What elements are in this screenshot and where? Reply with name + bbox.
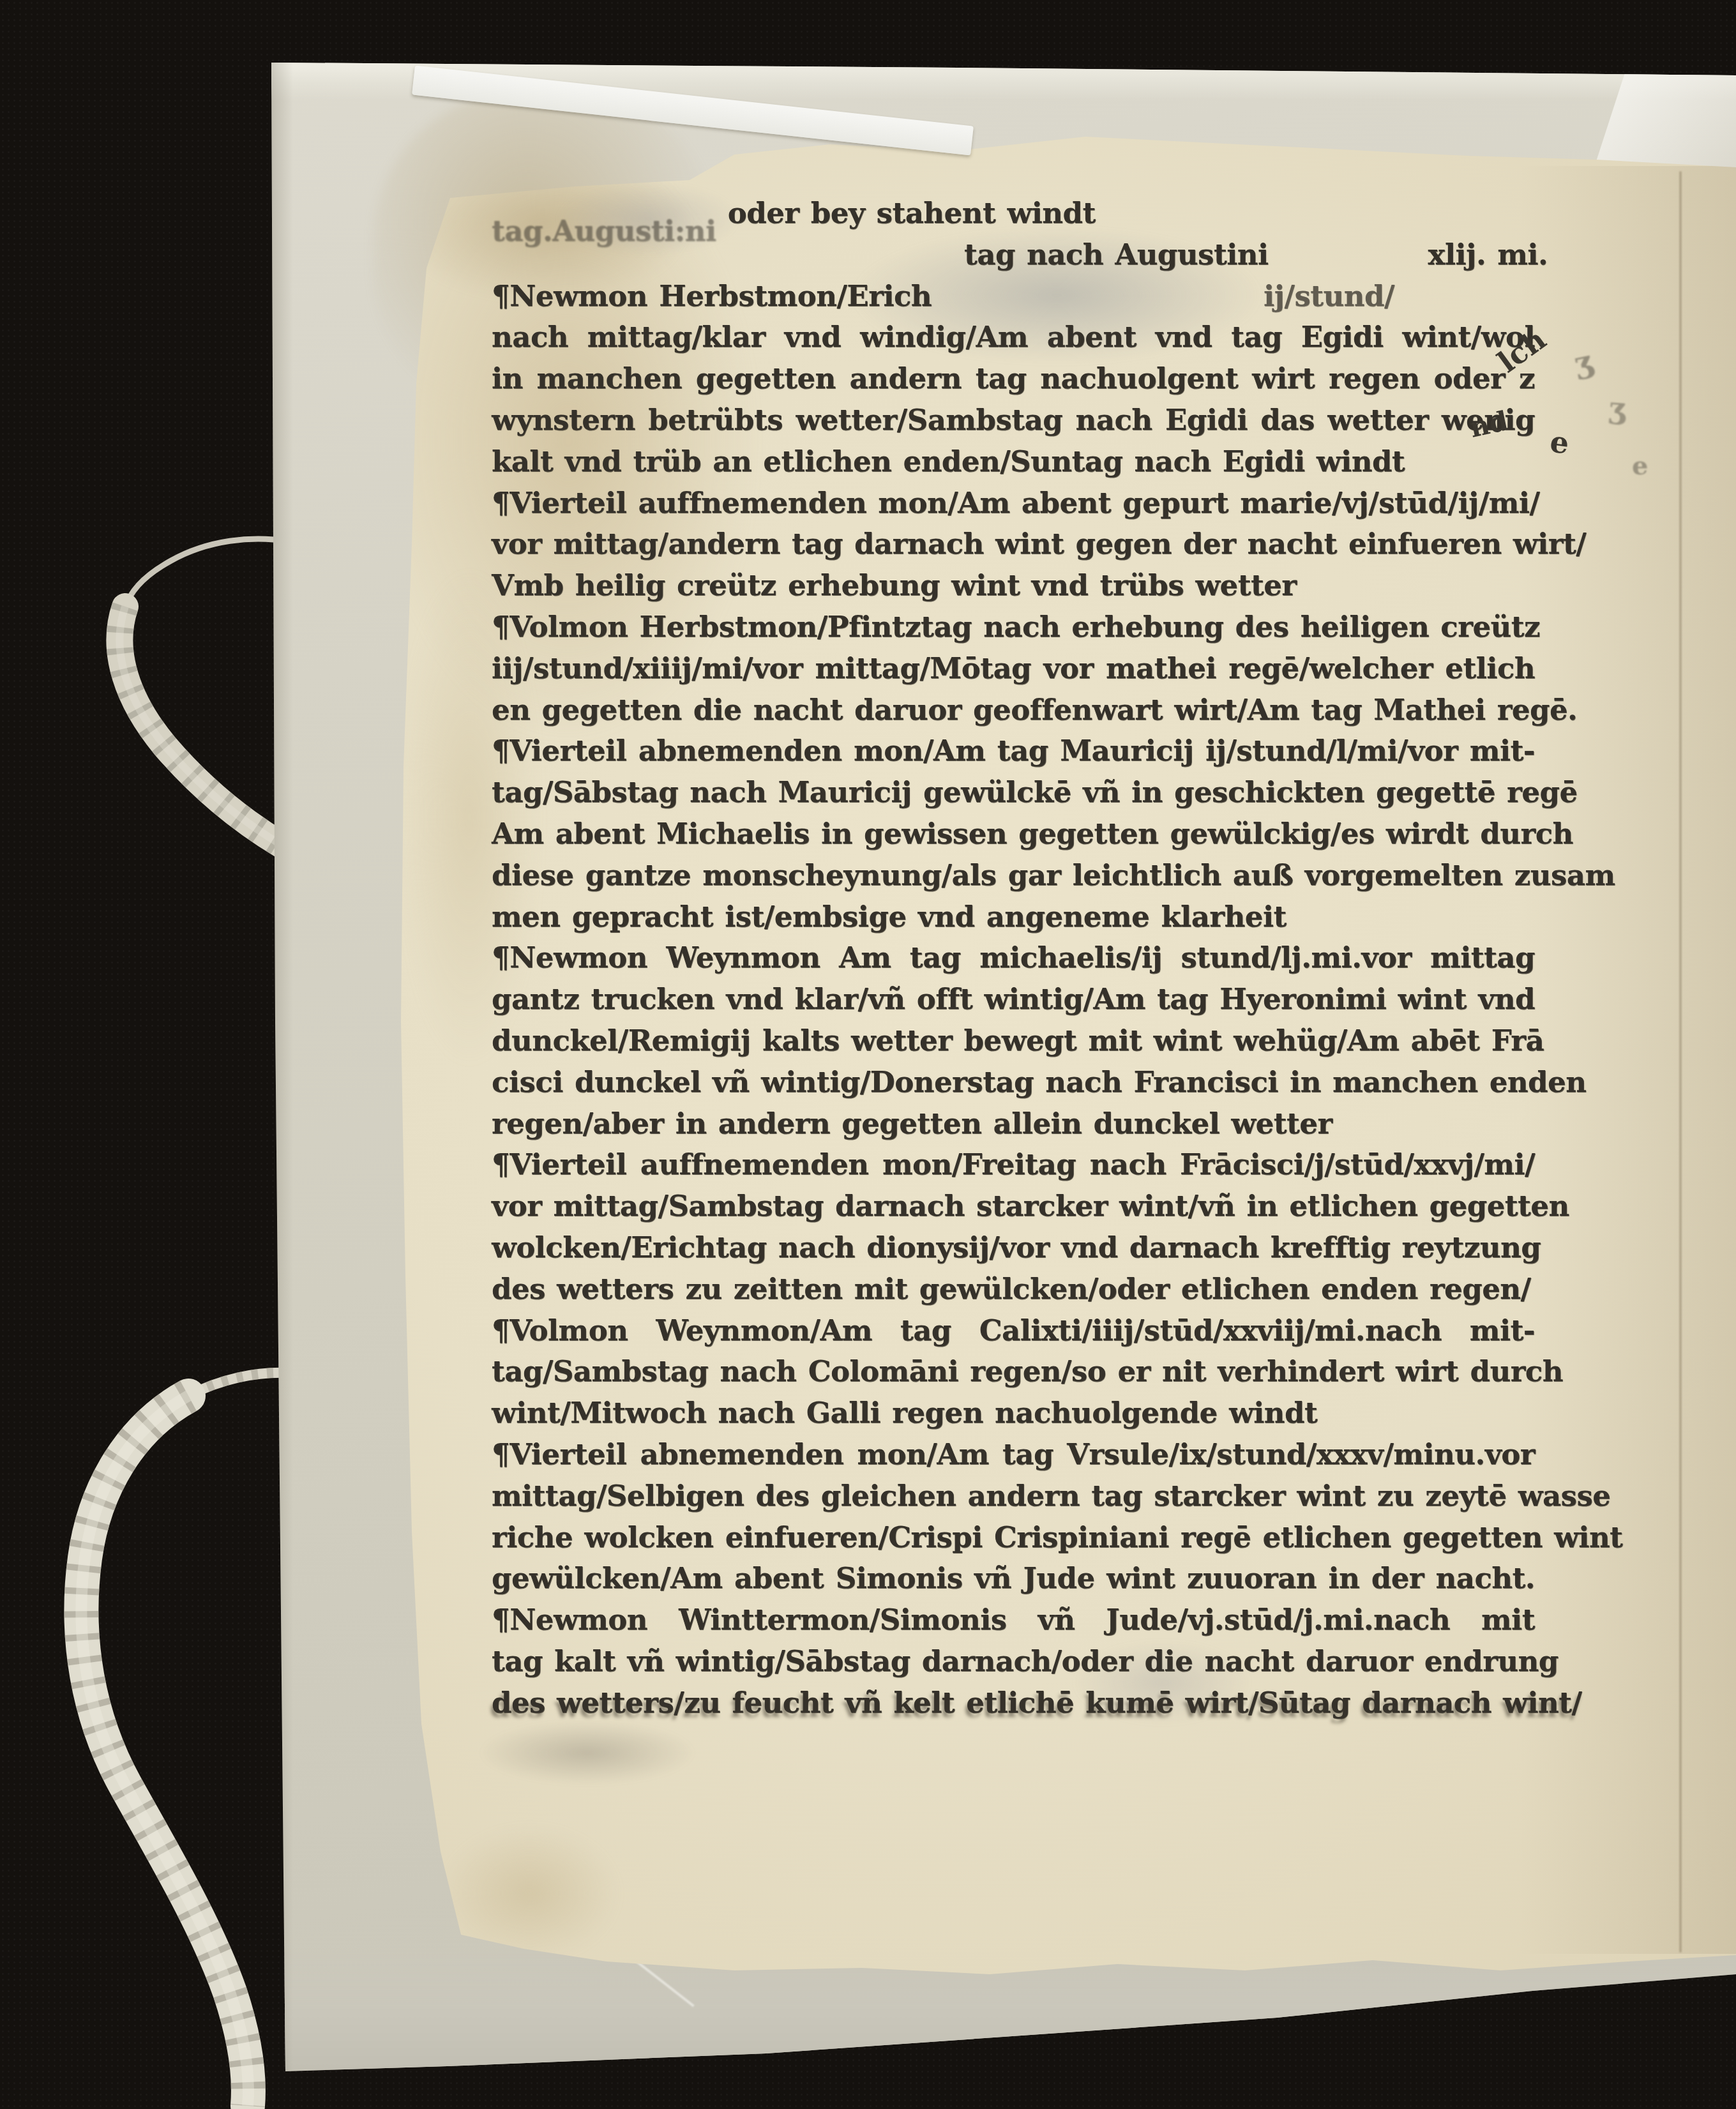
text-block: tag.Augusti:ni oder bey stahent windttag… bbox=[492, 193, 1535, 1723]
text-segment: wolcken/Erichtag nach dionysij/vor vnd d… bbox=[492, 1230, 1541, 1264]
text-line: wynstern betrübts wetter/Sambstag nach E… bbox=[492, 400, 1535, 441]
text-segment: riche wolcken einfueren/Crispi Crispinia… bbox=[492, 1520, 1622, 1554]
text-segment: ¶Vierteil abnemenden mon/Am tag Mauricij… bbox=[492, 734, 1535, 767]
text-segment: dunckel/Remigij kalts wetter bewegt mit … bbox=[492, 1024, 1544, 1057]
text-line: tag/Sambstag nach Colomāni regen/so er n… bbox=[492, 1351, 1535, 1393]
text-line: des wetters zu zeitten mit gewülcken/ode… bbox=[492, 1269, 1535, 1310]
text-segment: wint/Mitwoch nach Galli regen nachuolgen… bbox=[492, 1396, 1317, 1430]
text-segment: xlij. mi. bbox=[1428, 238, 1548, 271]
text-line: nach mittag/klar vnd windig/Am abent vnd… bbox=[492, 317, 1535, 358]
text-segment: des wetters zu zeitten mit gewülcken/ode… bbox=[492, 1272, 1531, 1306]
text-segment: nach mittag/klar vnd windig/Am abent vnd… bbox=[492, 320, 1535, 354]
text-segment: vor mittag/Sambstag darnach starcker win… bbox=[492, 1189, 1569, 1223]
text-line: ¶Volmon Weynmon/Am tag Calixti/iiij/stūd… bbox=[492, 1310, 1535, 1352]
text-line: Vmb heilig creütz erhebung wint vnd trüb… bbox=[492, 565, 1535, 607]
text-line: wint/Mitwoch nach Galli regen nachuolgen… bbox=[492, 1393, 1535, 1434]
lower-tie bbox=[81, 1373, 289, 2106]
text-segment: vor mittag/andern tag darnach wint gegen… bbox=[492, 527, 1586, 561]
margin-scrawl: e bbox=[1632, 451, 1648, 481]
text-line: ¶Vierteil abnemenden mon/Am tag Mauricij… bbox=[492, 730, 1535, 772]
text-line: iij/stund/xiiij/mi/vor mittag/Mōtag vor … bbox=[492, 648, 1535, 690]
text-segment: Am abent Michaelis in gewissen gegetten … bbox=[492, 817, 1573, 850]
text-segment: des wetters/zu feucht vñ kelt etlichē ku… bbox=[492, 1686, 1581, 1720]
text-line: Am abent Michaelis in gewissen gegetten … bbox=[492, 813, 1535, 855]
text-line: ¶Volmon Herbstmon/Pfintztag nach erhebun… bbox=[492, 607, 1535, 648]
text-line: ¶Newmon Winttermon/Simonis vñ Jude/vj.st… bbox=[492, 1599, 1535, 1641]
text-segment: Vmb heilig creütz erhebung wint vnd trüb… bbox=[492, 568, 1297, 602]
text-segment: ¶Newmon Winttermon/Simonis vñ Jude/vj.st… bbox=[492, 1603, 1535, 1637]
text-line: vor mittag/Sambstag darnach starcker win… bbox=[492, 1186, 1535, 1227]
text-line: riche wolcken einfueren/Crispi Crispinia… bbox=[492, 1517, 1535, 1559]
vertical-crease bbox=[1679, 171, 1682, 1953]
text-segment: iij/stund/xiiij/mi/vor mittag/Mōtag vor … bbox=[492, 651, 1535, 685]
text-line: gewülcken/Am abent Simonis vñ Jude wint … bbox=[492, 1558, 1535, 1599]
text-line: in manchen gegetten andern tag nachuolge… bbox=[492, 358, 1535, 400]
text-segment: cisci dunckel vñ wintig/Donerstag nach F… bbox=[492, 1065, 1586, 1099]
text-segment: wynstern betrübts wetter/Sambstag nach E… bbox=[492, 403, 1535, 437]
text-line: mittag/Selbigen des gleichen andern tag … bbox=[492, 1476, 1535, 1517]
text-line: regen/aber in andern gegetten allein dun… bbox=[492, 1103, 1535, 1145]
text-segment: ¶Vierteil abnemenden mon/Am tag Vrsule/i… bbox=[492, 1437, 1535, 1471]
text-line: dunckel/Remigij kalts wetter bewegt mit … bbox=[492, 1020, 1535, 1062]
text-line: ¶Vierteil abnemenden mon/Am tag Vrsule/i… bbox=[492, 1434, 1535, 1476]
text-segment: en gegetten die nacht daruor geoffenwart… bbox=[492, 693, 1577, 727]
text-line: ¶Vierteil auffnemenden mon/Freitag nach … bbox=[492, 1144, 1535, 1186]
text-line: vor mittag/andern tag darnach wint gegen… bbox=[492, 524, 1535, 565]
text-segment: tag nach Augustini bbox=[964, 238, 1269, 271]
text-segment: tag kalt vñ wintig/Sābstag darnach/oder … bbox=[492, 1644, 1559, 1678]
text-segment: in manchen gegetten andern tag nachuolge… bbox=[492, 361, 1535, 395]
text-line: ¶Vierteil auffnemenden mon/Am abent gepu… bbox=[492, 483, 1535, 524]
text-segment: ¶Vierteil auffnemenden mon/Am abent gepu… bbox=[492, 486, 1539, 520]
text-line: ¶Newmon Weynmon Am tag michaelis/ij stun… bbox=[492, 937, 1535, 979]
text-line: men gepracht ist/embsige vnd angeneme kl… bbox=[492, 896, 1535, 938]
text-line: cisci dunckel vñ wintig/Donerstag nach F… bbox=[492, 1062, 1535, 1103]
text-segment: regen/aber in andern gegetten allein dun… bbox=[492, 1107, 1332, 1140]
text-segment: diese gantze monscheynung/als gar leicht… bbox=[492, 858, 1615, 892]
margin-scrawl: ʒ bbox=[1608, 390, 1627, 426]
text-segment: oder bey stahent windt bbox=[716, 196, 1096, 230]
text-segment: tag.Augusti:ni bbox=[492, 214, 716, 248]
text-line: ¶Newmon Herbstmon/Erichij/stund/ bbox=[492, 276, 1535, 317]
upper-tie bbox=[119, 539, 289, 845]
text-line: wolcken/Erichtag nach dionysij/vor vnd d… bbox=[492, 1227, 1535, 1269]
text-segment: ¶Newmon Weynmon Am tag michaelis/ij stun… bbox=[492, 941, 1535, 974]
text-segment: tag/Sambstag nach Colomāni regen/so er n… bbox=[492, 1354, 1563, 1388]
text-segment: ¶Volmon Herbstmon/Pfintztag nach erhebun… bbox=[492, 610, 1540, 644]
text-line: gantz trucken vnd klar/vñ offt wintig/Am… bbox=[492, 979, 1535, 1020]
text-line: tag/Sābstag nach Mauricij gewülckē vñ in… bbox=[492, 772, 1535, 813]
text-segment: ¶Volmon Weynmon/Am tag Calixti/iiij/stūd… bbox=[492, 1313, 1535, 1347]
text-segment: kalt vnd trüb an etlichen enden/Suntag n… bbox=[492, 444, 1405, 478]
text-line: en gegetten die nacht daruor geoffenwart… bbox=[492, 690, 1535, 731]
text-segment: men gepracht ist/embsige vnd angeneme kl… bbox=[492, 900, 1287, 934]
text-segment: gewülcken/Am abent Simonis vñ Jude wint … bbox=[492, 1561, 1535, 1595]
text-segment: ¶Vierteil auffnemenden mon/Freitag nach … bbox=[492, 1147, 1535, 1181]
text-line: des wetters/zu feucht vñ kelt etlichē ku… bbox=[492, 1682, 1535, 1724]
text-line: tag kalt vñ wintig/Sābstag darnach/oder … bbox=[492, 1641, 1535, 1682]
text-line: diese gantze monscheynung/als gar leicht… bbox=[492, 855, 1535, 896]
text-segment: ¶Newmon Herbstmon/Erich bbox=[492, 279, 932, 313]
text-line: tag.Augusti:ni oder bey stahent windt bbox=[492, 193, 1535, 234]
text-segment: ij/stund/ bbox=[1264, 279, 1394, 313]
text-segment: mittag/Selbigen des gleichen andern tag … bbox=[492, 1479, 1610, 1513]
ink-smudge bbox=[479, 1721, 696, 1785]
scan-canvas: tag.Augusti:ni oder bey stahent windttag… bbox=[0, 0, 1736, 2109]
text-segment: tag/Sābstag nach Mauricij gewülckē vñ in… bbox=[492, 775, 1578, 809]
text-line: kalt vnd trüb an etlichen enden/Suntag n… bbox=[492, 441, 1535, 483]
text-segment: gantz trucken vnd klar/vñ offt wintig/Am… bbox=[492, 982, 1535, 1016]
